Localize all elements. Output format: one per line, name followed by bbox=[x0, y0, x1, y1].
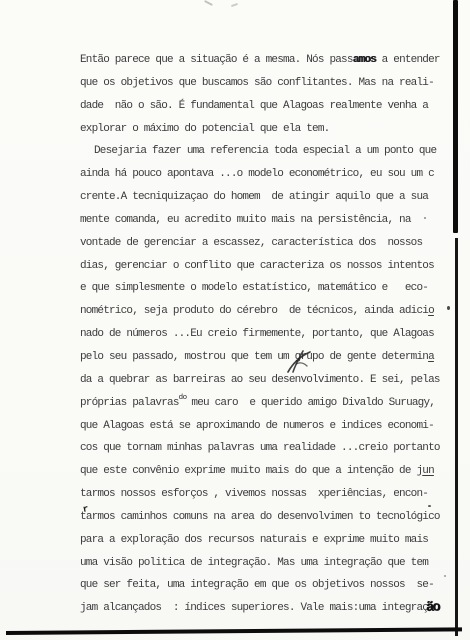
text-segment-u: o bbox=[428, 305, 434, 317]
ink-speck bbox=[444, 575, 446, 577]
text-segment: explorar o máximo do potencial que ela t… bbox=[80, 123, 329, 135]
scan-border-right-bottom bbox=[455, 238, 458, 636]
text-segment: a entender bbox=[376, 54, 440, 66]
text-segment: tarmos nossos esforços , vivemos nossas … bbox=[80, 488, 428, 500]
text-segment: Então parece que a situação é a mesma. N… bbox=[80, 54, 353, 66]
text-line: tarmos nossos esforços , vivemos nossas … bbox=[80, 483, 442, 506]
text-segment-u: un bbox=[422, 465, 434, 477]
handwritten-caret-icon bbox=[284, 350, 314, 374]
ink-speck bbox=[231, 3, 238, 7]
text-segment: jam alcançados : índices superiores. Val… bbox=[80, 602, 428, 614]
text-line: que Alagoas está se aproximando de numer… bbox=[80, 415, 442, 438]
ink-speck bbox=[447, 306, 450, 310]
text-line: nométrico, seja produto do cérebro de té… bbox=[80, 300, 442, 323]
text-segment-sup: do bbox=[179, 387, 186, 410]
text-segment: crente.A tecniquizaçao do homem de ating… bbox=[80, 191, 428, 203]
text-line: cos que tornam minhas palavras uma reali… bbox=[80, 437, 442, 460]
text-segment: dias, gerenciar o conflito que caracteri… bbox=[80, 260, 434, 272]
text-segment: que este convênio exprime muito mais do … bbox=[80, 465, 422, 477]
text-segment: mente comanda, eu acredito muito mais na… bbox=[80, 214, 411, 226]
text-line: que este convênio exprime muito mais do … bbox=[80, 460, 442, 483]
text-line: vontade de gerenciar a escassez, caracte… bbox=[80, 232, 442, 255]
text-line: ainda há pouco apontava ...o modelo econ… bbox=[80, 163, 442, 186]
text-line: crente.A tecniquizaçao do homem de ating… bbox=[80, 186, 442, 209]
text-line: dias, gerenciar o conflito que caracteri… bbox=[80, 255, 442, 278]
text-segment: armos caminhos comuns na area do desenvo… bbox=[86, 511, 440, 523]
scan-border-right-top bbox=[453, 0, 458, 233]
text-line: que os objetivos que buscamos são confli… bbox=[80, 72, 442, 95]
text-segment: próprias palavras bbox=[80, 397, 179, 409]
text-segment: Desejaria fazer uma referencia toda espe… bbox=[94, 145, 436, 157]
text-line: mente comanda, eu acredito muito mais na… bbox=[80, 209, 442, 232]
text-block: Então parece que a situação é a mesma. N… bbox=[80, 49, 442, 620]
text-segment: que os objetivos que buscamos são confli… bbox=[80, 77, 434, 89]
text-segment: pelo seu passado, mostrou que tem um gru… bbox=[80, 351, 428, 363]
text-line: trarmos caminhos comuns na area do desen… bbox=[80, 506, 442, 529]
ink-speck bbox=[428, 505, 431, 507]
text-segment: uma visão politica de integração. Mas um… bbox=[80, 557, 428, 569]
text-line: para a exploração dos recursos naturais … bbox=[80, 529, 442, 552]
text-segment: da a quebrar as barreiras ao seu desenvo… bbox=[80, 374, 440, 386]
text-segment: para a exploração dos recursos naturais … bbox=[80, 534, 428, 546]
scan-border-bottom bbox=[6, 627, 462, 634]
text-line: da a quebrar as barreiras ao seu desenvo… bbox=[80, 369, 442, 392]
text-line: uma visão politica de integração. Mas um… bbox=[80, 552, 442, 575]
text-line: e que simplesmente o modelo estatístico,… bbox=[80, 277, 442, 300]
text-line: que ser feita, uma integração em que os … bbox=[80, 574, 442, 597]
text-segment: e que simplesmente o modelo estatístico,… bbox=[80, 282, 428, 294]
text-segment: cos que tornam minhas palavras uma reali… bbox=[80, 442, 440, 454]
text-segment: que ser feita, uma integração em que os … bbox=[80, 579, 434, 591]
text-segment: dade não o são. É fundamental que Alagoa… bbox=[80, 100, 428, 112]
text-line: dade não o são. É fundamental que Alagoa… bbox=[80, 95, 442, 118]
scanned-document-page: Então parece que a situação é a mesma. N… bbox=[0, 0, 470, 640]
text-line: Desejaria fazer uma referencia toda espe… bbox=[80, 140, 442, 163]
text-line: explorar o máximo do potencial que ela t… bbox=[80, 118, 442, 141]
text-segment: que Alagoas está se aproximando de numer… bbox=[80, 420, 434, 432]
text-line: jam alcançados : índices superiores. Val… bbox=[80, 597, 442, 620]
text-segment-over: ão bbox=[426, 598, 440, 621]
text-segment: ainda há pouco apontava ...o modelo econ… bbox=[80, 168, 434, 180]
text-segment: nado de números ...Eu creio firmemente, … bbox=[80, 328, 434, 340]
text-line: pelo seu passado, mostrou que tem um gru… bbox=[80, 346, 442, 369]
text-line: próprias palavrasdo meu caro e querido a… bbox=[80, 392, 442, 415]
text-segment: nométrico, seja produto do cérebro de té… bbox=[80, 305, 428, 317]
text-segment-bold: amos bbox=[353, 54, 376, 66]
text-segment: vontade de gerenciar a escassez, caracte… bbox=[80, 237, 422, 249]
text-segment-u: a bbox=[428, 351, 434, 363]
text-line: nado de números ...Eu creio firmemente, … bbox=[80, 323, 442, 346]
ink-speck bbox=[204, 0, 213, 6]
ink-speck bbox=[424, 217, 426, 219]
text-line: Então parece que a situação é a mesma. N… bbox=[80, 49, 442, 72]
text-segment: meu caro e querido amigo Divaldo Suruagy… bbox=[186, 397, 435, 409]
